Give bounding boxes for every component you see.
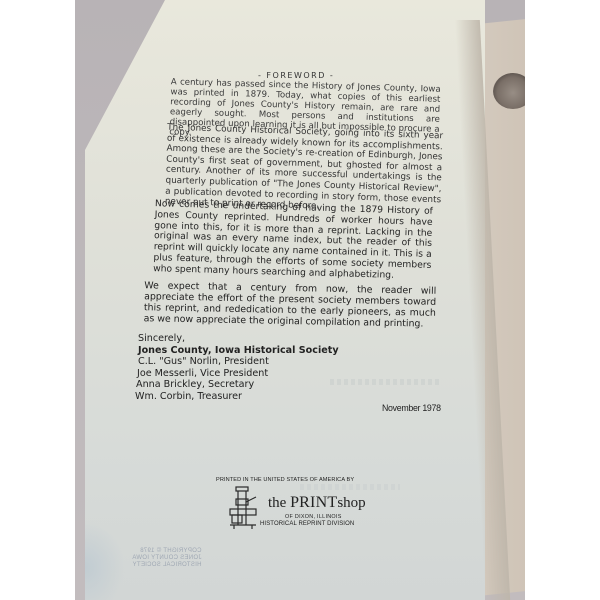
signature-block: Sincerely, Jones County, Iowa Historical… [138,333,339,402]
copyright-bleed-through: COPYRIGHT © 1978 JONES COUNTY IOWA HISTO… [132,548,201,570]
printing-press-icon [228,485,258,531]
closing: Sincerely, [138,333,339,345]
bleed-line: HISTORICAL SOCIETY [132,562,201,569]
bleed-line: COPYRIGHT © 1978 [132,548,201,555]
signatory: Anna Brickley, Secretary [136,379,339,391]
paragraph-3: Now comes the undertaking of having the … [153,199,433,282]
background-left [0,0,76,600]
signatory: Joe Messerli, Vice President [137,368,339,380]
bleed-line: JONES COUNTY IOWA [132,555,201,562]
bleed-through-mark [300,484,400,490]
printer-name-main: PRINT [290,494,337,511]
paragraph-4: We expect that a century from now, the r… [144,280,437,330]
printer-location: OF DIXON, ILLINOIS [285,514,342,520]
printer-name: the PRINTshop [268,494,366,512]
page-shadow [85,520,125,600]
printed-by-line: PRINTED IN THE UNITED STATES OF AMERICA … [216,477,354,483]
signatory: Wm. Corbin, Treasurer [135,391,339,403]
bleed-through-mark [330,379,440,385]
background-right [525,0,600,600]
organization-name: Jones County, Iowa Historical Society [138,345,339,357]
printer-division: HISTORICAL REPRINT DIVISION [260,521,354,527]
foreword-date: November 1978 [382,403,441,413]
printer-name-suffix: shop [337,495,365,511]
signatory: C.L. "Gus" Norlin, President [138,356,339,368]
foreword-heading: - FOREWORD - [258,71,334,80]
printer-name-prefix: the [268,495,290,511]
